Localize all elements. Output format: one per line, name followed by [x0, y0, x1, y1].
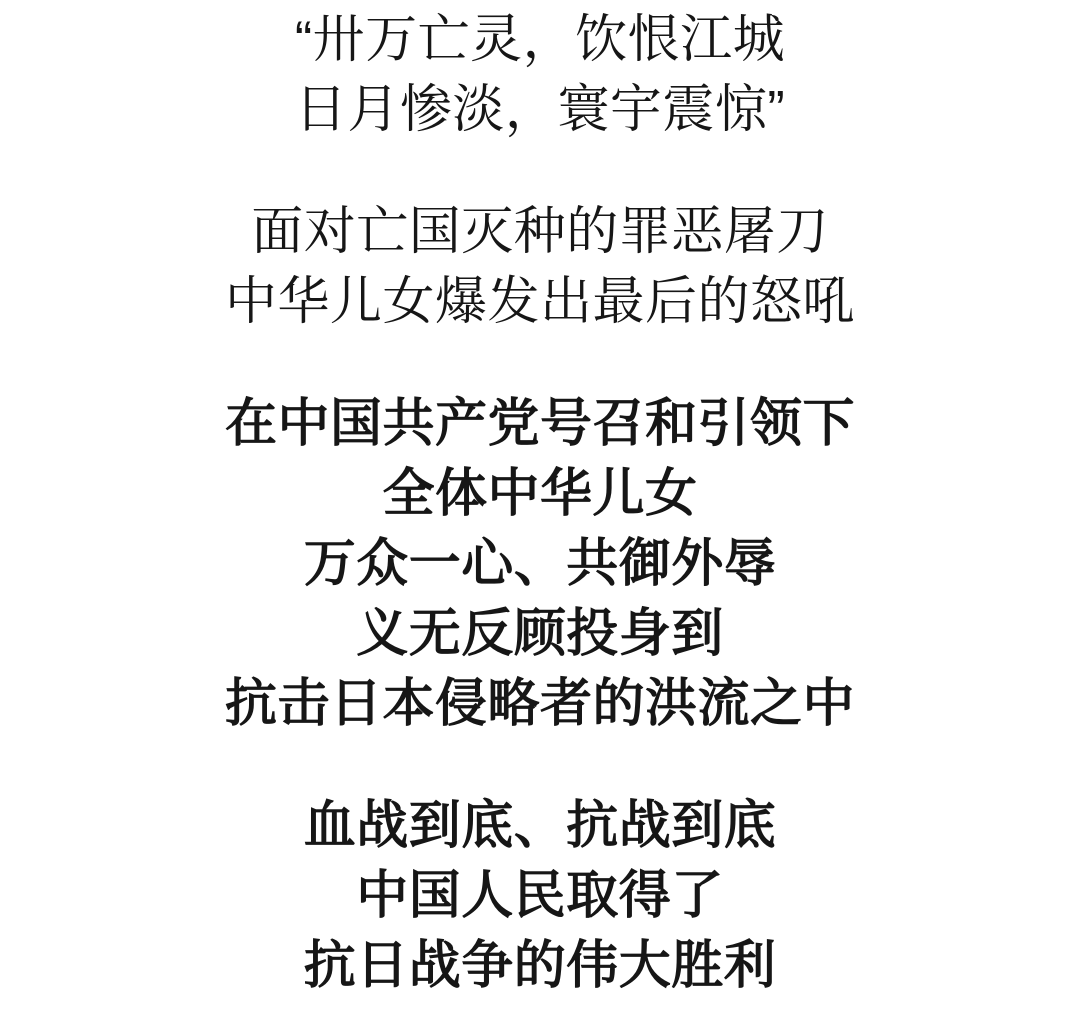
poem-line: 在中国共产党号召和引领下 [0, 389, 1080, 459]
poem-line: 义无反顾投身到 [0, 599, 1080, 669]
article-page: “卅万亡灵，饮恨江城 日月惨淡，寰宇震惊” 面对亡国灭种的罪恶屠刀 中华儿女爆发… [0, 0, 1080, 1011]
poem-line: 面对亡国灭种的罪恶屠刀 [0, 197, 1080, 267]
stanza-intro: 面对亡国灭种的罪恶屠刀 中华儿女爆发出最后的怒吼 [0, 197, 1080, 337]
poem-line: “卅万亡灵，饮恨江城 [0, 5, 1080, 75]
poem-line: 抗日战争的伟大胜利 [0, 931, 1080, 1001]
poem-line: 全体中华儿女 [0, 459, 1080, 529]
poem-line: 日月惨淡，寰宇震惊” [0, 75, 1080, 145]
stanza-victory: 血战到底、抗战到底 中国人民取得了 抗日战争的伟大胜利 [0, 791, 1080, 1001]
poem-line: 中国人民取得了 [0, 861, 1080, 931]
stanza-unity: 在中国共产党号召和引领下 全体中华儿女 万众一心、共御外辱 义无反顾投身到 抗击… [0, 389, 1080, 739]
stanza-quote: “卅万亡灵，饮恨江城 日月惨淡，寰宇震惊” [0, 5, 1080, 145]
poem-line: 血战到底、抗战到底 [0, 791, 1080, 861]
poem-line: 中华儿女爆发出最后的怒吼 [0, 267, 1080, 337]
poem-line: 万众一心、共御外辱 [0, 529, 1080, 599]
poem-line: 抗击日本侵略者的洪流之中 [0, 669, 1080, 739]
